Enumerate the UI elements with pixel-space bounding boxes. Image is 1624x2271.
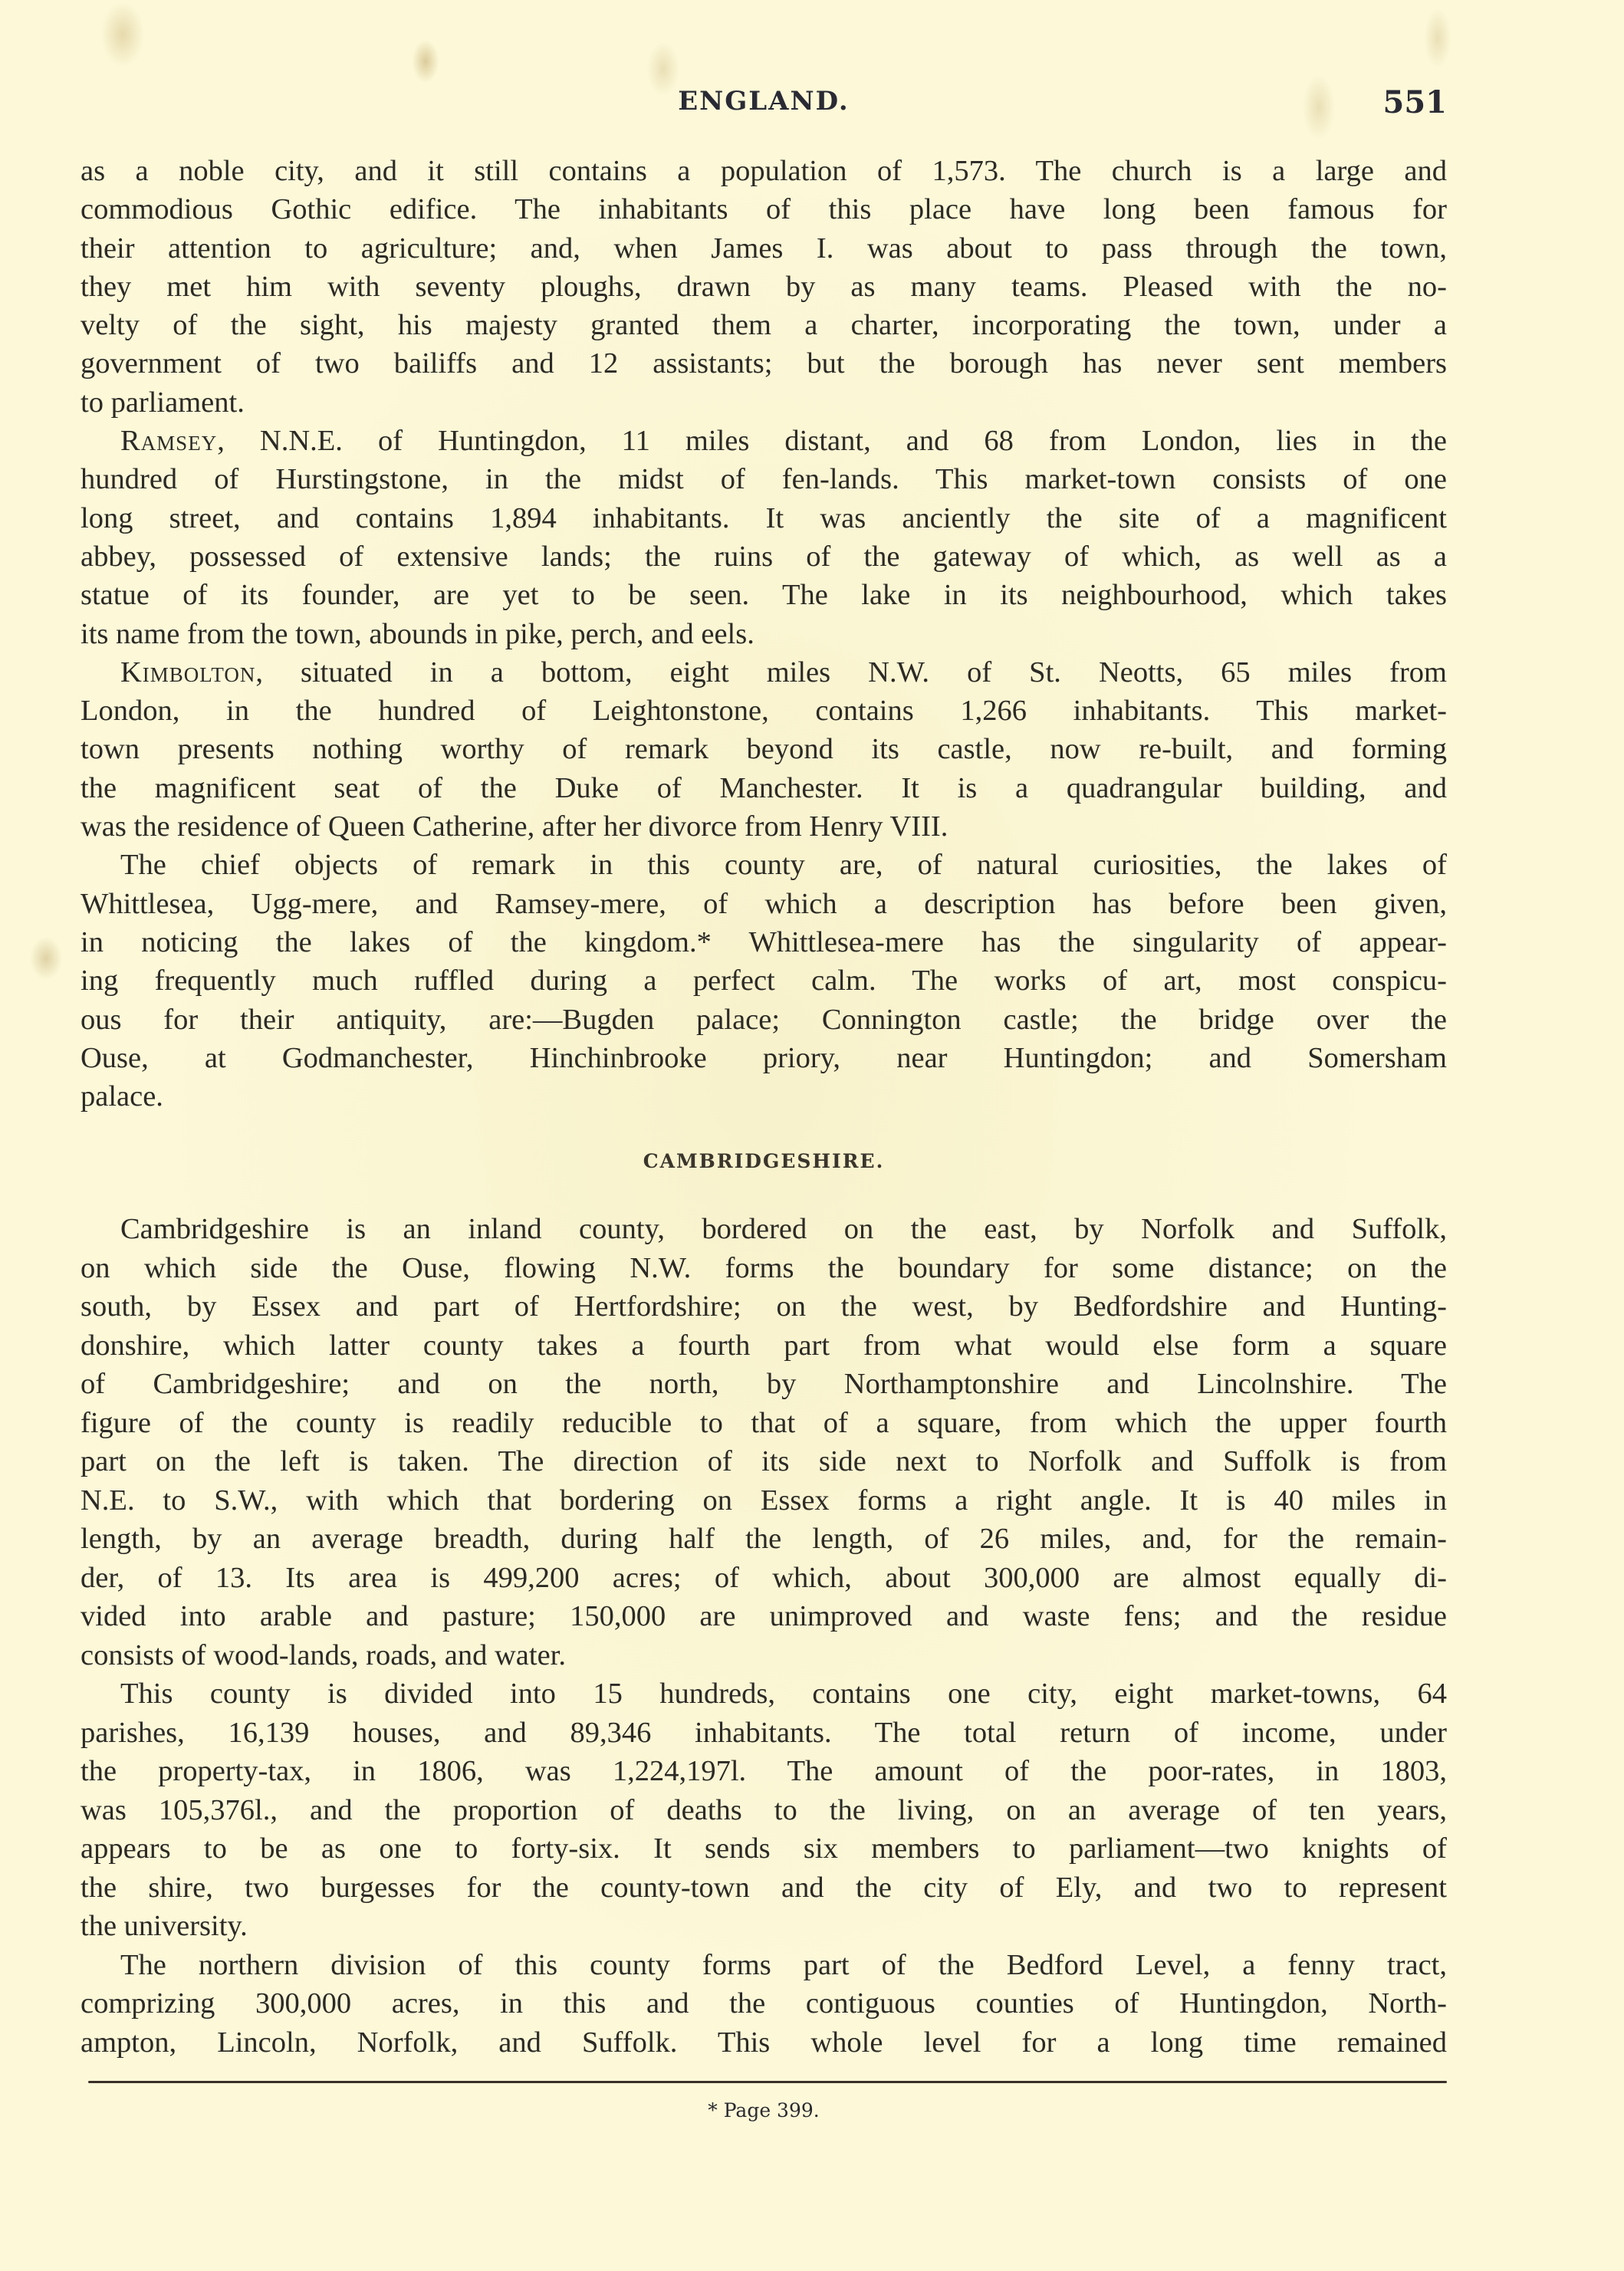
text-line: ing frequently much ruffled during a per… xyxy=(81,961,1447,1000)
text-line: figure of the county is readily reducibl… xyxy=(81,1404,1447,1443)
section-heading-cambridgeshire: CAMBRIDGESHIRE. xyxy=(81,1150,1447,1172)
text-line: Ouse, at Godmanchester, Hinchinbrooke pr… xyxy=(81,1039,1447,1077)
text-line: , N.N.E. of Huntingdon, 11 miles distant… xyxy=(217,425,1447,457)
text-line: This county is divided into 15 hundreds,… xyxy=(81,1674,1447,1714)
text-line: their attention to agriculture; and, whe… xyxy=(81,229,1447,268)
text-line: the magnificent seat of the Duke of Manc… xyxy=(81,769,1447,807)
text-line: The chief objects of remark in this coun… xyxy=(81,846,1447,884)
text-line: length, by an average breadth, during ha… xyxy=(81,1520,1447,1559)
text-line: the university. xyxy=(81,1907,1447,1946)
paragraph-ramsey: Ramsey, N.N.E. of Huntingdon, 11 miles d… xyxy=(81,422,1447,653)
place-name-kimbolton: Kimbolton xyxy=(120,656,255,689)
text-line: Cambridgeshire is an inland county, bord… xyxy=(81,1210,1447,1249)
text-line: The northern division of this county for… xyxy=(81,1946,1447,1985)
text-line: in noticing the lakes of the kingdom.* W… xyxy=(81,923,1447,961)
text-line: ampton, Lincoln, Norfolk, and Suffolk. T… xyxy=(81,2023,1447,2062)
section-huntingdonshire-continued: as a noble city, and it still contains a… xyxy=(81,152,1447,1116)
text-line: the property-tax, in 1806, was 1,224,197… xyxy=(81,1752,1447,1791)
paragraph-continuation: as a noble city, and it still contains a… xyxy=(81,152,1447,422)
text-line: palace. xyxy=(81,1077,1447,1116)
text-line: they met him with seventy ploughs, drawn… xyxy=(81,268,1447,306)
paragraph-statistics: This county is divided into 15 hundreds,… xyxy=(81,1674,1447,1946)
text-line: , situated in a bottom, eight miles N.W.… xyxy=(255,656,1447,689)
running-head: ENGLAND. 551 xyxy=(81,86,1447,124)
text-line: ous for their antiquity, are:—Bugden pal… xyxy=(81,1001,1447,1039)
place-name-ramsey: Ramsey xyxy=(120,425,217,457)
paragraph-borders: Cambridgeshire is an inland county, bord… xyxy=(81,1210,1447,1674)
section-cambridgeshire: Cambridgeshire is an inland county, bord… xyxy=(81,1210,1447,2062)
text-line: abbey, possessed of extensive lands; the… xyxy=(81,537,1447,576)
footnote-divider xyxy=(88,2081,1447,2083)
text-line: south, by Essex and part of Hertfordshir… xyxy=(81,1287,1447,1326)
text-line: government of two bailiffs and 12 assist… xyxy=(81,344,1447,383)
text-line: der, of 13. Its area is 499,200 acres; o… xyxy=(81,1559,1447,1598)
text-line: the shire, two burgesses for the county-… xyxy=(81,1868,1447,1908)
text-line: Whittlesea, Ugg-mere, and Ramsey-mere, o… xyxy=(81,885,1447,923)
text-line: was the residence of Queen Catherine, af… xyxy=(81,807,1447,846)
text-line: consists of wood-lands, roads, and water… xyxy=(81,1636,1447,1675)
paragraph-kimbolton: Kimbolton, situated in a bottom, eight m… xyxy=(81,653,1447,846)
text-line: parishes, 16,139 houses, and 89,346 inha… xyxy=(81,1714,1447,1753)
page-number: 551 xyxy=(1383,84,1448,120)
text-line: donshire, which latter county takes a fo… xyxy=(81,1326,1447,1366)
text-line: hundred of Hurstingstone, in the midst o… xyxy=(81,460,1447,498)
text-line: velty of the sight, his majesty granted … xyxy=(81,306,1447,344)
text-line: its name from the town, abounds in pike,… xyxy=(81,615,1447,653)
text-line: of Cambridgeshire; and on the north, by … xyxy=(81,1365,1447,1404)
running-title: ENGLAND. xyxy=(81,86,1447,117)
text-line: as a noble city, and it still contains a… xyxy=(81,152,1447,190)
text-line: London, in the hundred of Leightonstone,… xyxy=(81,692,1447,730)
text-line: comprizing 300,000 acres, in this and th… xyxy=(81,1984,1447,2023)
text-line: vided into arable and pasture; 150,000 a… xyxy=(81,1597,1447,1636)
text-line: long street, and contains 1,894 inhabita… xyxy=(81,499,1447,537)
text-line: part on the left is taken. The direction… xyxy=(81,1442,1447,1481)
text-line: was 105,376l., and the proportion of dea… xyxy=(81,1791,1447,1830)
text-line: N.E. to S.W., with which that bordering … xyxy=(81,1481,1447,1520)
text-line: to parliament. xyxy=(81,383,1447,422)
text-line: town presents nothing worthy of remark b… xyxy=(81,730,1447,768)
text-line: appears to be as one to forty-six. It se… xyxy=(81,1829,1447,1868)
paragraph-bedford-level: The northern division of this county for… xyxy=(81,1946,1447,2062)
paragraph-chief-objects: The chief objects of remark in this coun… xyxy=(81,846,1447,1116)
text-line: on which side the Ouse, flowing N.W. for… xyxy=(81,1249,1447,1288)
text-line: commodious Gothic edifice. The inhabitan… xyxy=(81,190,1447,228)
footnote: * Page 399. xyxy=(81,2099,1447,2121)
text-line: statue of its founder, are yet to be see… xyxy=(81,576,1447,614)
